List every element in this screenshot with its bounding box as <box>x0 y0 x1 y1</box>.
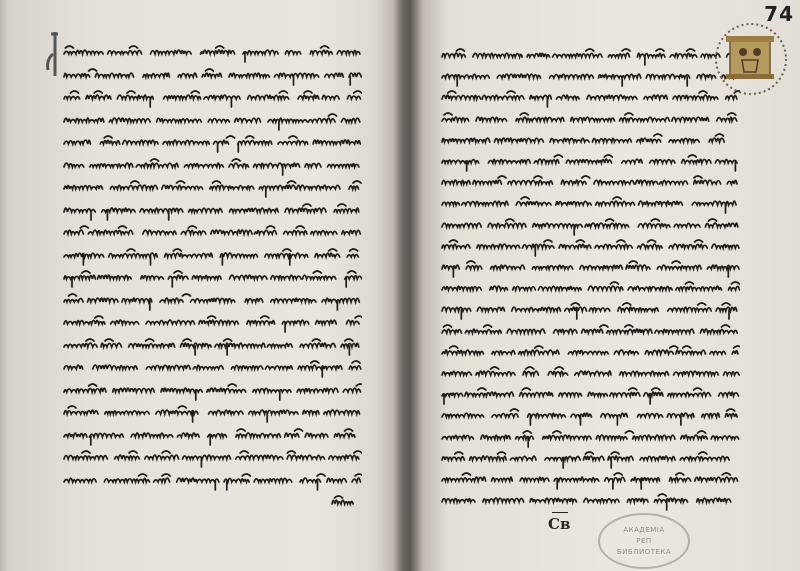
handwritten-line <box>440 175 740 189</box>
handwritten-line <box>62 383 362 397</box>
handwritten-line <box>62 113 362 127</box>
handwritten-line <box>440 112 740 126</box>
handwritten-line <box>440 324 740 338</box>
handwritten-line <box>440 133 740 147</box>
handwritten-line <box>62 360 362 374</box>
handwritten-line <box>62 248 362 262</box>
handwritten-line <box>62 45 362 59</box>
handwritten-line <box>440 281 740 295</box>
handwritten-line <box>62 135 362 149</box>
handwritten-line <box>440 154 740 168</box>
book-spine-shadow <box>393 0 423 571</box>
handwritten-line <box>330 495 360 509</box>
handwritten-line <box>440 218 740 232</box>
handwritten-line <box>440 408 740 422</box>
folio-marker: Св <box>548 515 570 533</box>
handwritten-line <box>62 90 362 104</box>
handwritten-line <box>440 472 740 486</box>
handwritten-line <box>440 302 740 316</box>
handwritten-line <box>62 473 362 487</box>
handwritten-line <box>440 451 740 465</box>
handwritten-line <box>440 196 740 210</box>
left-page <box>0 0 395 571</box>
library-stamp: АКАДЕМІА РЕП БИБЛИОТЕКА <box>598 513 690 569</box>
decorated-initial-letter <box>44 30 64 78</box>
handwritten-line <box>62 450 362 464</box>
handwritten-line <box>440 366 740 380</box>
handwritten-line <box>440 260 740 274</box>
handwritten-line <box>62 225 362 239</box>
handwritten-line <box>440 345 740 359</box>
library-emblem-icon <box>712 20 790 98</box>
handwritten-line <box>440 493 740 507</box>
handwritten-line <box>440 387 740 401</box>
handwritten-line <box>62 428 362 442</box>
handwritten-line <box>62 405 362 419</box>
handwritten-line <box>440 48 740 62</box>
handwritten-line <box>62 270 362 284</box>
handwritten-line <box>62 315 362 329</box>
handwritten-line <box>62 293 362 307</box>
handwritten-line <box>62 158 362 172</box>
manuscript-scan: 74 Св АКАДЕМІА РЕП БИБЛИОТЕКА <box>0 0 800 571</box>
titlo-mark <box>552 512 568 513</box>
handwritten-line <box>440 239 740 253</box>
handwritten-line <box>62 338 362 352</box>
handwritten-line <box>62 68 362 82</box>
handwritten-line <box>440 430 740 444</box>
handwritten-line <box>62 203 362 217</box>
handwritten-line <box>440 69 740 83</box>
handwritten-line <box>62 180 362 194</box>
handwritten-line <box>440 90 740 104</box>
